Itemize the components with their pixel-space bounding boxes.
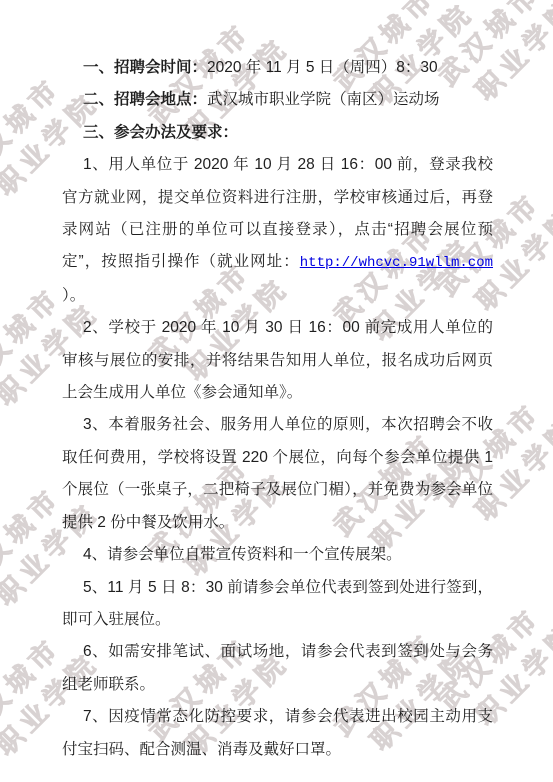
paragraph-3: 3、本着服务社会、服务用人单位的原则，本次招聘会不收取任何费用，学校将设置 22… [62,409,493,539]
employment-site-link[interactable]: http://whcvc.91wllm.com [300,255,493,271]
document-body: 一、招聘会时间：2020 年 11 月 5 日（周四）8：30 二、招聘会地点：… [62,52,493,766]
section-heading-place: 二、招聘会地点：武汉城市职业学院（南区）运动场 [62,84,493,116]
paragraph-text: ）。 [62,287,85,304]
section-label: 二、招聘会地点： [83,91,207,108]
paragraph-1: 1、用人单位于 2020 年 10 月 28 日 16：00 前，登录我校官方就… [62,149,493,312]
section-heading-requirements: 三、参会办法及要求： [62,117,493,149]
paragraph-2: 2、学校于 2020 年 10 月 30 日 16：00 前完成用人单位的审核与… [62,312,493,409]
document-page: 武汉城市职业学院武汉城市职业学院武汉城市职业学院武汉城市职业学院武汉城市职业学院… [0,0,553,782]
paragraph-4: 4、请参会单位自带宣传资料和一个宣传展架。 [62,539,493,571]
section-label: 一、招聘会时间： [83,59,207,76]
section-value: 2020 年 11 月 5 日（周四）8：30 [207,59,438,76]
paragraph-7: 7、因疫情常态化防控要求，请参会代表进出校园主动用支付宝扫码、配合测温、消毒及戴… [62,701,493,766]
section-label: 三、参会办法及要求： [83,124,238,141]
paragraph-text: 1、用人单位于 2020 年 10 月 28 日 16：00 前，登录我校官方就… [62,156,493,270]
paragraph-6: 6、如需安排笔试、面试场地，请参会代表到签到处与会务组老师联系。 [62,636,493,701]
section-heading-time: 一、招聘会时间：2020 年 11 月 5 日（周四）8：30 [62,52,493,84]
paragraph-5: 5、11 月 5 日 8：30 前请参会单位代表到签到处进行签到，即可入驻展位。 [62,572,493,637]
section-value: 武汉城市职业学院（南区）运动场 [207,91,440,108]
